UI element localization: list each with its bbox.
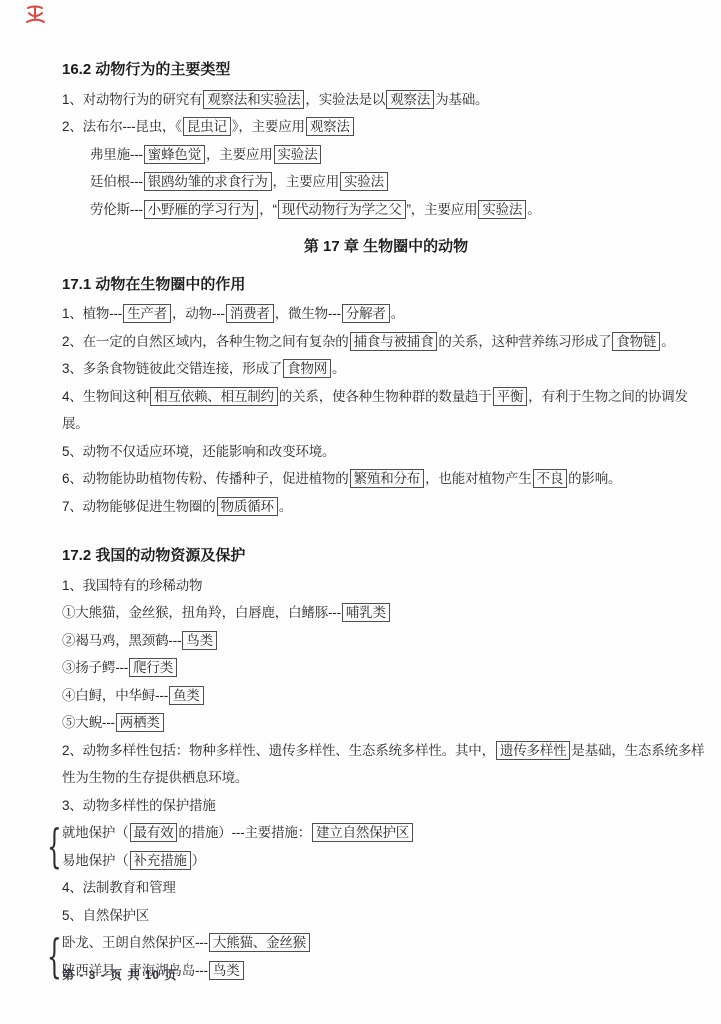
- protection-brace-lines: 就地保护（最有效的措施）---主要措施：建立自然保护区 易地保护（补充措施）: [62, 819, 710, 874]
- boxed-term: 遗传多样性: [496, 741, 571, 760]
- boxed-term: 平衡: [493, 387, 528, 406]
- text-run: 的关系，这种营养练习形成了: [438, 334, 611, 349]
- text-run: 卧龙、王朗自然保护区---: [62, 935, 208, 950]
- boxed-term: 昆虫记: [183, 117, 231, 136]
- text-run: 。: [527, 202, 540, 217]
- boxed-term: 银鸥幼雏的求食行为: [144, 172, 272, 191]
- line-fabre: 2、法布尔---昆虫，《昆虫记》，主要应用观察法: [62, 113, 710, 141]
- text-run: ，微生物---: [275, 306, 341, 321]
- boxed-term: 食物链: [612, 332, 660, 351]
- page-footer: 第 - 3 - 页 共 10 页: [62, 966, 177, 983]
- boxed-term: 建立自然保护区: [312, 823, 413, 842]
- boxed-term: 最有效: [130, 823, 178, 842]
- line-tinbergen: 廷伯根---银鸥幼雏的求食行为，主要应用实验法: [62, 168, 710, 196]
- document-body: 16.2 动物行为的主要类型 1、对动物行为的研究有观察法和实验法，实验法是以观…: [62, 56, 710, 984]
- line-fish: ④白鲟，中华鲟---鱼类: [62, 682, 710, 710]
- protection-brace-group: { 就地保护（最有效的措施）---主要措施：建立自然保护区 易地保护（补充措施）: [42, 819, 710, 874]
- text-run: 5、动物不仅适应环境，还能影响和改变环境。: [62, 444, 335, 459]
- text-run: 3、多条食物链彼此交错连接，形成了: [62, 361, 282, 376]
- text-run: 。: [661, 334, 674, 349]
- left-brace: {: [47, 929, 57, 984]
- line-food-web: 3、多条食物链彼此交错连接，形成了食物网。: [62, 355, 710, 383]
- boxed-term: 观察法: [386, 90, 434, 109]
- text-run: 。: [391, 306, 404, 321]
- line-producers-consumers: 1、植物---生产者，动物---消费者，微生物---分解者。: [62, 300, 710, 328]
- boxed-term: 生产者: [123, 304, 171, 323]
- line-diversity: 2、动物多样性包括：物种多样性、遗传多样性、生态系统多样性。其中，遗传多样性是基…: [62, 737, 710, 792]
- line-adapt-environment: 5、动物不仅适应环境，还能影响和改变环境。: [62, 438, 710, 466]
- boxed-term: 补充措施: [130, 851, 191, 870]
- text-run: 2、动物多样性包括：物种多样性、遗传多样性、生态系统多样性。其中，: [62, 743, 495, 758]
- text-run: ，主要应用: [273, 174, 340, 189]
- text-run: ④白鲟，中华鲟---: [62, 688, 168, 703]
- boxed-term: 小野雁的学习行为: [144, 200, 258, 219]
- text-run: 廷伯根---: [90, 174, 143, 189]
- boxed-term: 观察法: [306, 117, 354, 136]
- text-run: 易地保护（: [62, 853, 129, 868]
- line-frisch: 弗里施---蜜蜂色觉，主要应用实验法: [62, 141, 710, 169]
- text-run: 劳伦斯---: [90, 202, 143, 217]
- text-run: ，也能对植物产生: [425, 471, 531, 486]
- boxed-term: 鱼类: [169, 686, 204, 705]
- text-run: 》，主要应用: [232, 119, 305, 134]
- text-run: 4、生物间这种: [62, 389, 149, 404]
- boxed-term: 哺乳类: [342, 603, 390, 622]
- boxed-term: 观察法和实验法: [203, 90, 304, 109]
- boxed-term: 分解者: [342, 304, 390, 323]
- red-stamp-icon: [23, 4, 47, 26]
- text-run: ，动物---: [172, 306, 225, 321]
- text-run: 5、自然保护区: [62, 908, 149, 923]
- line-lorenz: 劳伦斯---小野雁的学习行为，“现代动物行为学之父”，主要应用实验法。: [62, 196, 710, 224]
- text-run: 的关系，使各种生物种群的数量趋于: [279, 389, 492, 404]
- text-run: ，实验法是以: [305, 92, 385, 107]
- line-in-situ-protection: 就地保护（最有效的措施）---主要措施：建立自然保护区: [62, 819, 710, 847]
- line-rare-animals: 1、我国特有的珍稀动物: [62, 572, 710, 600]
- text-run: 。: [279, 499, 292, 514]
- text-run: 1、植物---: [62, 306, 122, 321]
- text-run: 。: [332, 361, 345, 376]
- boxed-term: 实验法: [478, 200, 526, 219]
- text-run: 2、在一定的自然区域内，各种生物之间有复杂的: [62, 334, 349, 349]
- boxed-term: 不良: [533, 469, 568, 488]
- text-run: 弗里施---: [90, 147, 143, 162]
- boxed-term: 捕食与被捕食: [350, 332, 438, 351]
- boxed-term: 繁殖和分布: [350, 469, 425, 488]
- line-balance: 4、生物间这种相互依赖、相互制约的关系，使各种生物种群的数量趋于平衡，有利于生物…: [62, 383, 710, 438]
- boxed-term: 两栖类: [116, 713, 164, 732]
- text-run: 3、动物多样性的保护措施: [62, 798, 216, 813]
- line-food-chain: 2、在一定的自然区域内，各种生物之间有复杂的捕食与被捕食的关系，这种营养练习形成…: [62, 328, 710, 356]
- text-run: 的影响。: [568, 471, 621, 486]
- boxed-term: 相互依赖、相互制约: [150, 387, 278, 406]
- text-run: 2、法布尔---昆虫，《: [62, 119, 182, 134]
- boxed-term: 实验法: [340, 172, 388, 191]
- text-run: ，主要应用: [206, 147, 273, 162]
- text-run: ）: [192, 853, 205, 868]
- text-run: ⑤大鲵---: [62, 715, 115, 730]
- boxed-term: 鸟类: [209, 961, 244, 980]
- text-run: 6、动物能协助植物传粉、传播种子，促进植物的: [62, 471, 349, 486]
- boxed-term: 食物网: [283, 359, 331, 378]
- line-ex-situ-protection: 易地保护（补充措施）: [62, 847, 710, 875]
- line-birds: ②褐马鸡，黑颈鹤---鸟类: [62, 627, 710, 655]
- line-nature-reserves: 5、自然保护区: [62, 902, 710, 930]
- boxed-term: 消费者: [226, 304, 274, 323]
- line-protection-measures: 3、动物多样性的保护措施: [62, 792, 710, 820]
- text-run: 1、我国特有的珍稀动物: [62, 578, 202, 593]
- line-wolong-reserve: 卧龙、王朗自然保护区---大熊猫、金丝猴: [62, 929, 710, 957]
- section-16-2-title: 16.2 动物行为的主要类型: [62, 56, 710, 84]
- section-17-2-title: 17.2 我国的动物资源及保护: [62, 542, 710, 570]
- line-research-methods: 1、对动物行为的研究有观察法和实验法，实验法是以观察法为基础。: [62, 86, 710, 114]
- line-pollination: 6、动物能协助植物传粉、传播种子，促进植物的繁殖和分布，也能对植物产生不良的影响…: [62, 465, 710, 493]
- section-17-1-title: 17.1 动物在生物圈中的作用: [62, 271, 710, 299]
- boxed-term: 现代动物行为学之父: [278, 200, 406, 219]
- text-run: ，“: [259, 202, 277, 217]
- text-run: 的措施）---主要措施：: [178, 825, 311, 840]
- line-legal-education: 4、法制教育和管理: [62, 874, 710, 902]
- text-run: 4、法制教育和管理: [62, 880, 176, 895]
- text-run: ①大熊猫，金丝猴，扭角羚，白唇鹿，白鳍豚---: [62, 605, 341, 620]
- document-page: 16.2 动物行为的主要类型 1、对动物行为的研究有观察法和实验法，实验法是以观…: [0, 0, 721, 1024]
- line-amphibians: ⑤大鲵---两栖类: [62, 709, 710, 737]
- text-run: ②褐马鸡，黑颈鹤---: [62, 633, 181, 648]
- text-run: 1、对动物行为的研究有: [62, 92, 202, 107]
- line-material-cycle: 7、动物能够促进生物圈的物质循环。: [62, 493, 710, 521]
- text-run: ③扬子鳄---: [62, 660, 128, 675]
- boxed-term: 实验法: [274, 145, 322, 164]
- text-run: ”，主要应用: [407, 202, 478, 217]
- boxed-term: 物质循环: [217, 497, 278, 516]
- line-mammals: ①大熊猫，金丝猴，扭角羚，白唇鹿，白鳍豚---哺乳类: [62, 599, 710, 627]
- line-reptiles: ③扬子鳄---爬行类: [62, 654, 710, 682]
- boxed-term: 鸟类: [182, 631, 217, 650]
- boxed-term: 大熊猫、金丝猴: [209, 933, 310, 952]
- text-run: 就地保护（: [62, 825, 129, 840]
- boxed-term: 蜜蜂色觉: [144, 145, 205, 164]
- text-run: 为基础。: [435, 92, 488, 107]
- boxed-term: 爬行类: [129, 658, 177, 677]
- left-brace: {: [47, 819, 57, 874]
- chapter-17-title: 第 17 章 生物圈中的动物: [62, 233, 710, 261]
- text-run: 7、动物能够促进生物圈的: [62, 499, 216, 514]
